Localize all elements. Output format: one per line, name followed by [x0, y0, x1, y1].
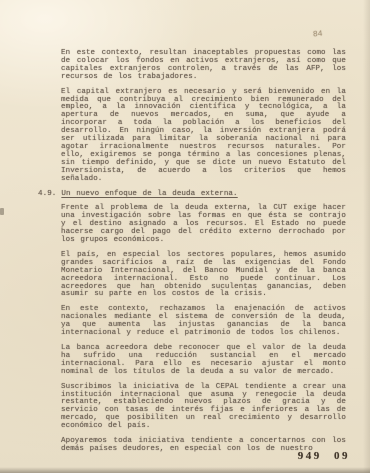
scan-artifact-speck	[0, 208, 4, 215]
paragraph-debt-5: Suscribimos la iniciativa de la CEPAL te…	[61, 384, 346, 431]
scan-right-edge	[363, 0, 370, 473]
document-body: En este contexto, resultan inaceptables …	[61, 50, 346, 461]
paragraph-debt-4: La banca acreedora debe reconocer que el…	[61, 345, 346, 377]
stamp-number: 949 09	[298, 450, 350, 462]
paragraph-debt-2: El país, en especial los sectores popula…	[61, 252, 346, 299]
paragraph-debt-1: Frente al problema de la deuda externa, …	[61, 205, 346, 245]
scan-bottom-edge	[0, 467, 370, 473]
paragraph-intro-1: En este contexto, resultan inaceptables …	[61, 50, 346, 82]
scanned-document: 84 En este contexto, resultan inaceptabl…	[0, 0, 370, 473]
paragraph-debt-3: En este contexto, rechazamos la enajenac…	[61, 306, 346, 338]
section-number: 4.9.	[38, 190, 56, 198]
section-heading: 4.9.Un nuevo enfoque de la deuda externa…	[61, 191, 346, 199]
page-number: 84	[313, 30, 323, 40]
section-title: Un nuevo enfoque de la deuda externa.	[61, 190, 237, 198]
paragraph-intro-2: El capital extranjero es necesario y ser…	[61, 89, 346, 184]
